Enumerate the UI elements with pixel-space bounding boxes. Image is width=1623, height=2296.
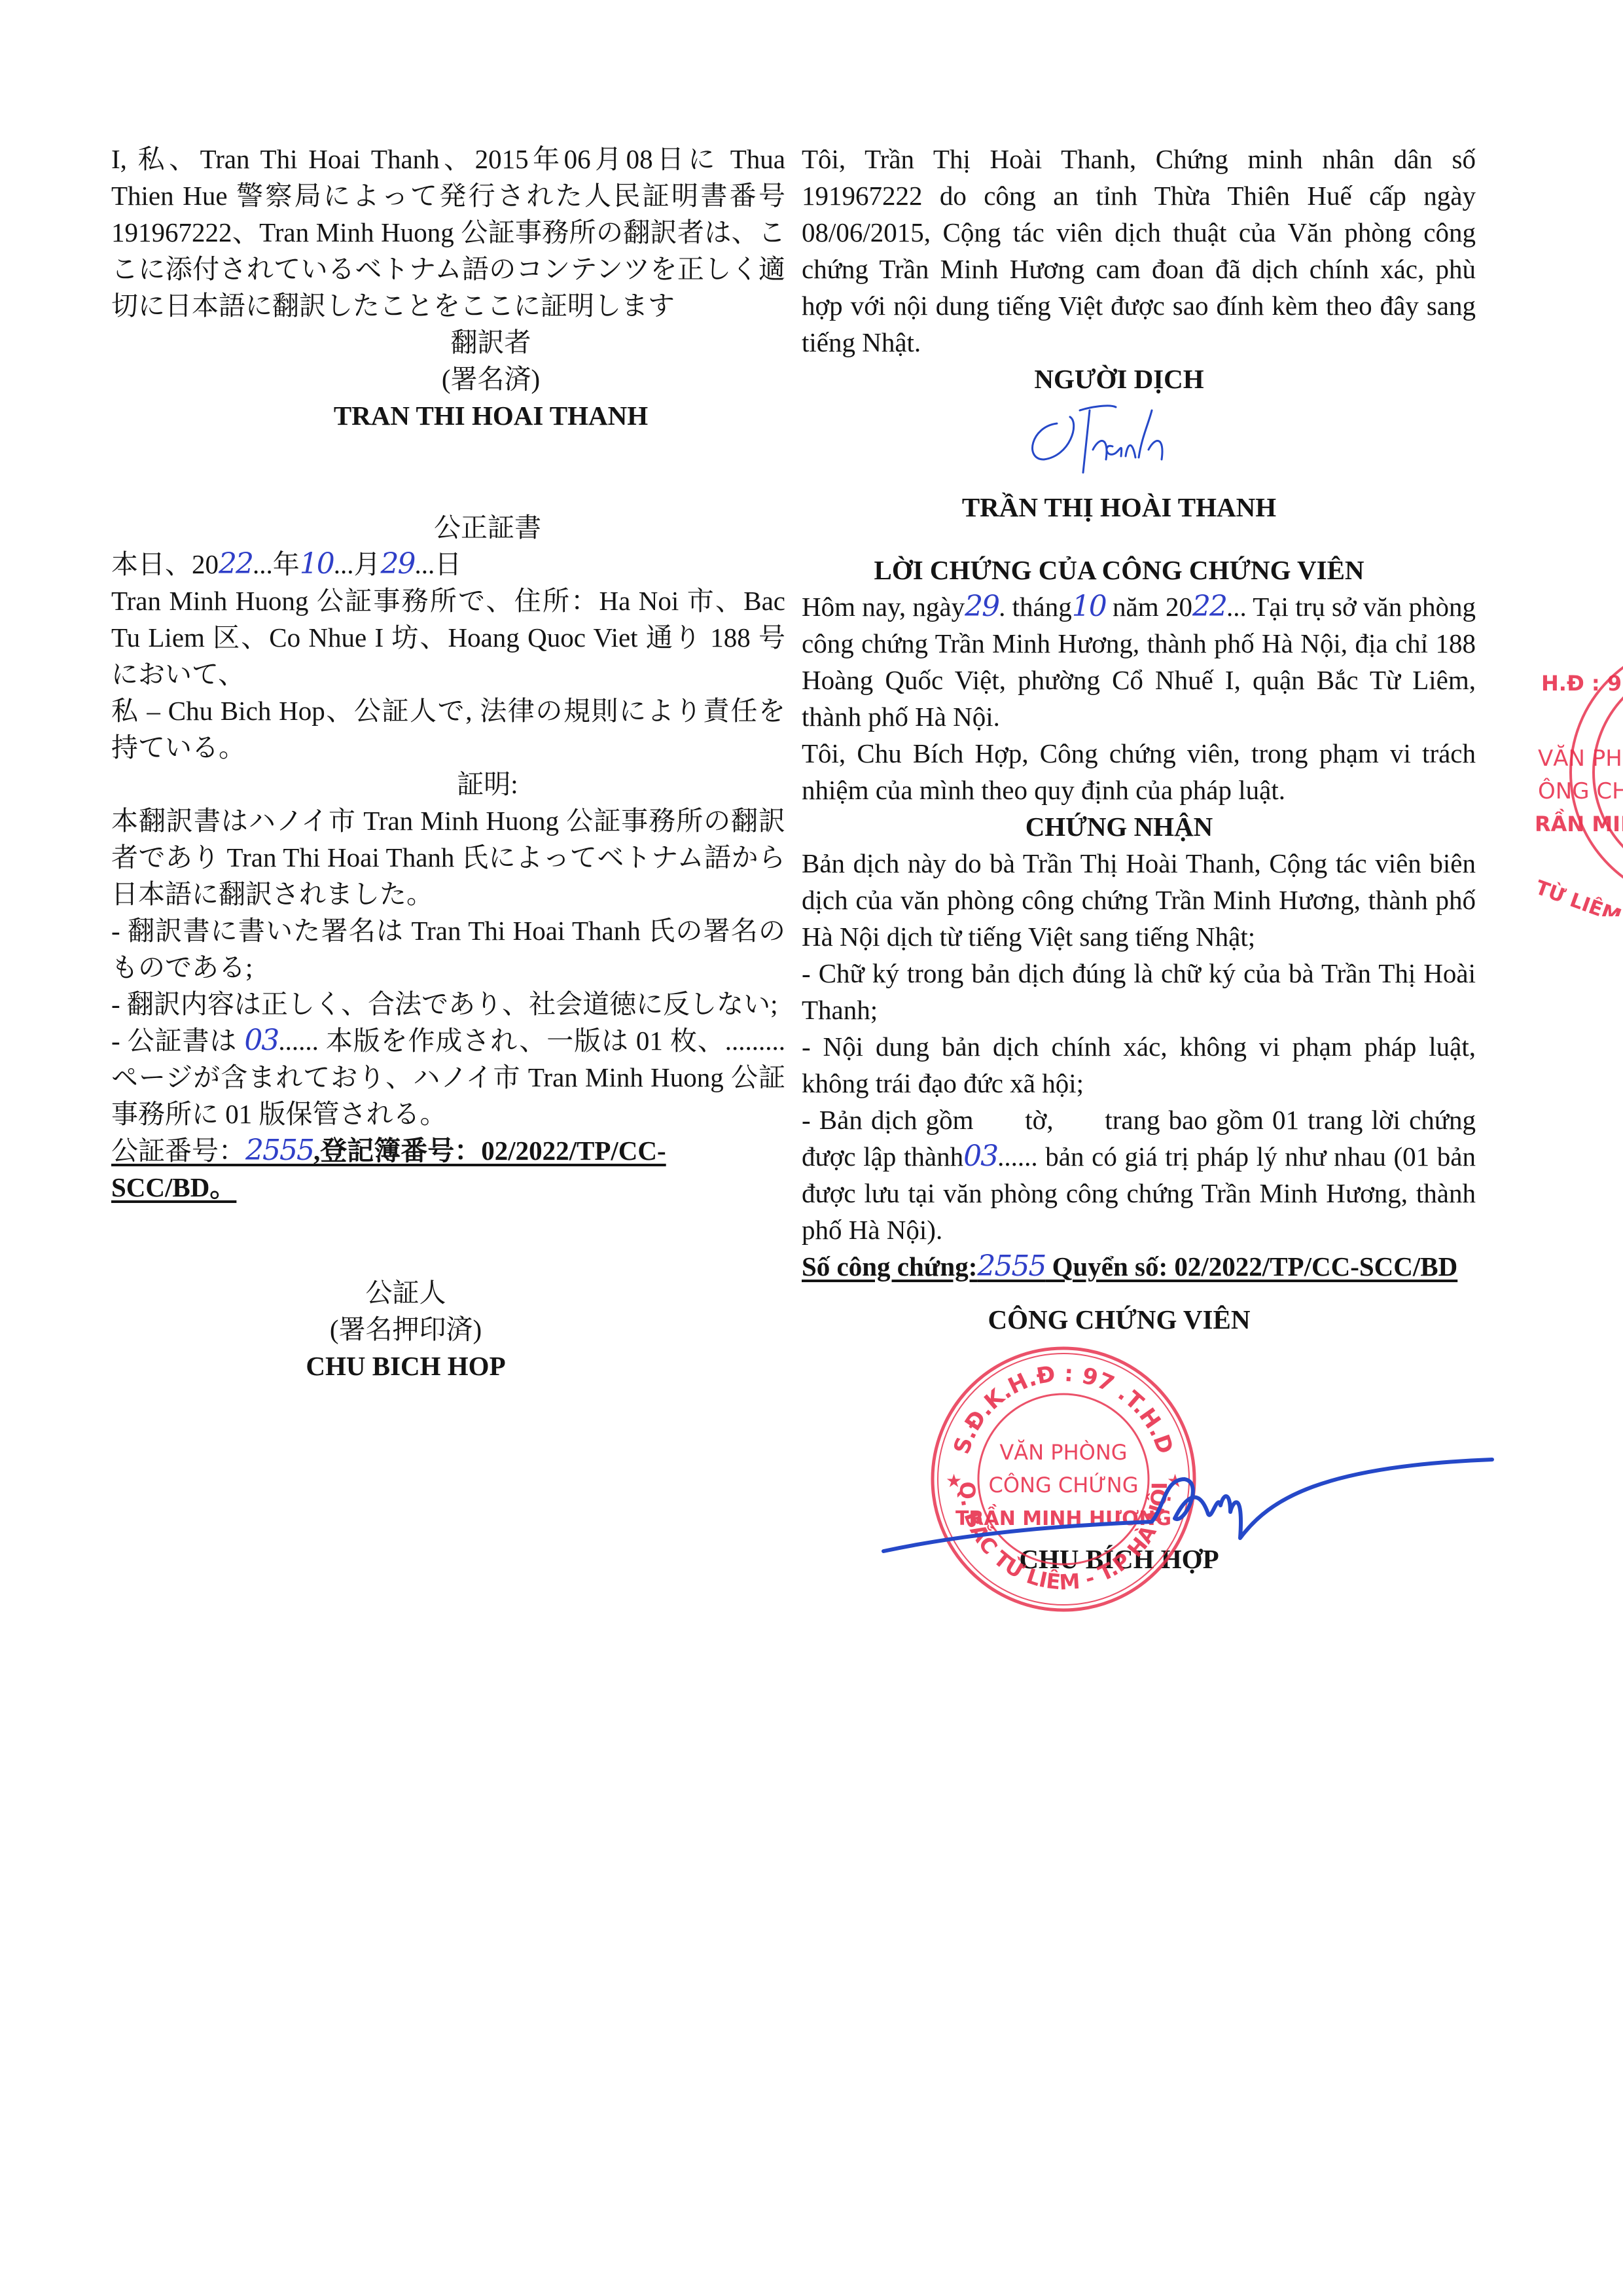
proof-title-jp: 証明: [190,766,785,802]
handwritten-year-vi: 22 [1192,590,1226,623]
translator-label-jp: 翻訳者 [196,324,785,361]
proof-bullet-2-jp: - 翻訳内容は正しく、合法であり、社会道徳に反しない; [111,986,785,1022]
signature-thanh-icon [1018,397,1214,482]
proof-bullet-2-vi: - Nội dung bản dịch chính xác, không vi … [802,1028,1476,1102]
handwritten-reg-number-vi: 2555 [977,1249,1045,1283]
svg-text:ÔNG CHỨ: ÔNG CHỨ [1538,778,1623,804]
handwritten-copies: 03 [244,1024,278,1057]
office-address-jp: Tran Minh Huong 公証事務所で、住所：Ha Noi 市、Bac T… [111,583,785,692]
proof-bullet-3-vi: - Bản dịch gồm tờ, trang bao gồm 01 tran… [802,1102,1476,1248]
notary-label-vi: CÔNG CHỨNG VIÊN [762,1301,1476,1338]
proof-title-vi: CHỨNG NHẬN [762,808,1476,845]
handwritten-month: 10 [300,547,334,581]
notary-signed-note-jp: (署名押印済) [26,1311,785,1348]
japanese-column: I, 私、Tran Thi Hoai Thanh、2015年06月08日に Th… [111,141,785,1384]
notary-statement-vi: Tôi, Chu Bích Hợp, Công chứng viên, tron… [802,735,1476,808]
svg-text:RẦN MINH H: RẦN MINH H [1535,809,1623,836]
proof-bullet-1-jp: - 翻訳書に書いた署名は Tran Thi Hoai Thanh 氏の署名のもの… [111,912,785,986]
proof-bullet-3-jp: - 公証書は 03...... 本版を作成され、一版は 01 枚、.......… [111,1022,785,1132]
proof-bullet-1-vi: - Chữ ký trong bản dịch đúng là chữ ký c… [802,955,1476,1028]
certificate-title-vi: LỜI CHỨNG CỦA CÔNG CHỨNG VIÊN [762,552,1476,588]
handwritten-copies-vi: 03 [963,1139,997,1173]
proof-body-vi: Bản dịch này do bà Trần Thị Hoài Thanh, … [802,845,1476,955]
handwritten-reg-number: 2555 [245,1134,313,1167]
registration-number-jp: 公証番号：2555,登記簿番号：02/2022/TP/CC-SCC/BD。 [111,1132,785,1206]
notary-name-jp: CHU BICH HOP [26,1348,785,1384]
handwritten-year: 22 [219,547,253,581]
svg-text:H.Đ : 97: H.Đ : 97 [1541,671,1623,696]
notary-name-vi: CHU BÍCH HỢP [762,1541,1476,1577]
certificate-date-vi: Hôm nay, ngày29. tháng10 năm 2022... Tại… [802,588,1476,735]
translator-name-jp: TRAN THI HOAI THANH [196,397,785,434]
svg-text:TỪ LIÊM -: TỪ LIÊM - [1533,875,1623,916]
translator-signed-note-jp: (署名済) [196,361,785,397]
handwritten-day: 29 [381,547,415,581]
translator-label-vi: NGƯỜI DỊCH [762,361,1476,397]
translator-name-vi: TRẦN THỊ HOÀI THANH [762,489,1476,526]
translator-signature [802,397,1476,482]
handwritten-month-vi: 10 [1072,590,1106,623]
handwritten-day-vi: 29 [965,590,999,623]
notary-statement-jp: 私 – Chu Bich Hop、公証人で, 法律の規則により責任を持ている。 [111,692,785,766]
notary-label-jp: 公証人 [26,1274,785,1311]
translator-declaration-jp: I, 私、Tran Thi Hoai Thanh、2015年06月08日に Th… [111,141,785,324]
partial-stamp-edge: H.Đ : 97 VĂN PHÒ ÔNG CHỨ RẦN MINH H TỪ L… [1505,628,1623,916]
vietnamese-column: Tôi, Trần Thị Hoài Thanh, Chứng minh nhâ… [802,141,1476,1577]
certificate-title-jp: 公正証書 [190,509,785,546]
registration-number-vi: Số công chứng:2555 Quyển số: 02/2022/TP/… [802,1248,1476,1285]
svg-text:VĂN PHÒ: VĂN PHÒ [1538,745,1623,772]
proof-body-jp: 本翻訳書はハノイ市 Tran Minh Huong 公証事務所の翻訳者であり T… [111,802,785,912]
translator-declaration-vi: Tôi, Trần Thị Hoài Thanh, Chứng minh nhâ… [802,141,1476,361]
certificate-date-jp: 本日、2022...年10...月29...日 [111,546,785,583]
